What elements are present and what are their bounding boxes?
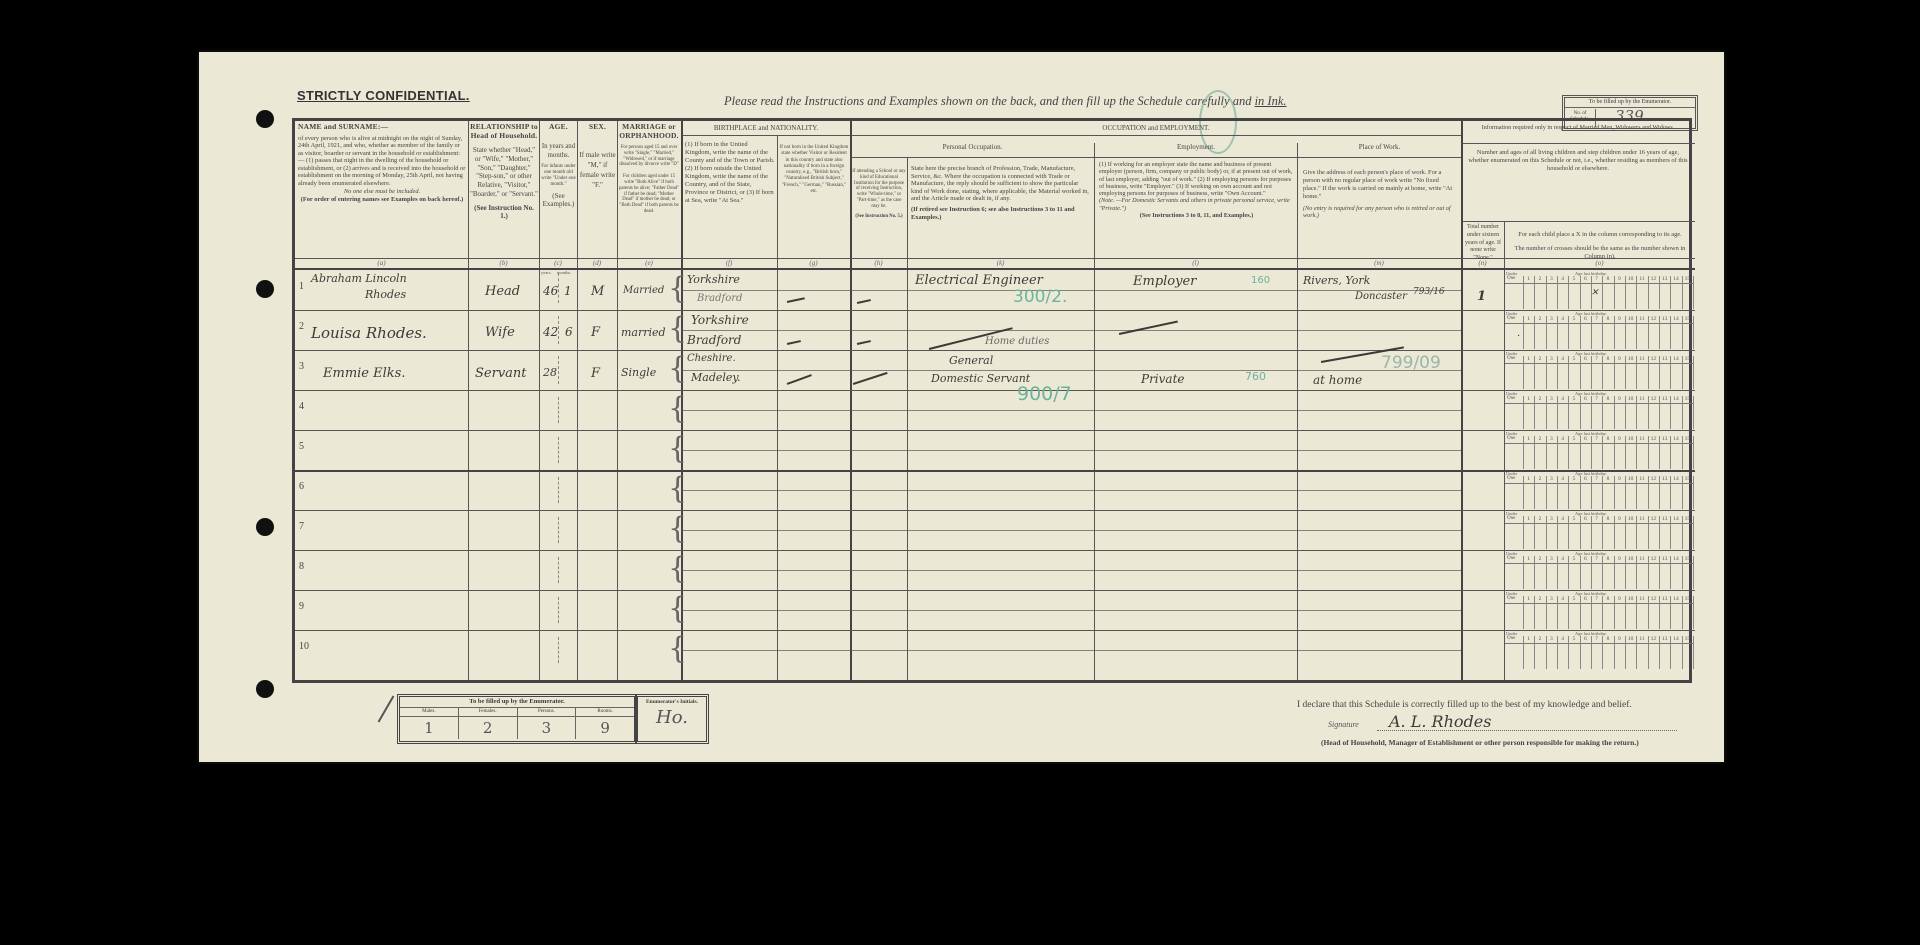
punch-hole (256, 280, 274, 298)
age-months-entry: 1 (564, 284, 572, 298)
row-number: 1 (299, 281, 304, 292)
age-grid: UnderAge last birthday.One12345678910111… (1505, 311, 1693, 349)
name-entry: Abraham Lincoln (311, 272, 407, 285)
place-of-work-code: 799/09 (1381, 353, 1441, 373)
birthplace-town-entry: Bradford (687, 333, 741, 347)
row-number: 3 (299, 361, 304, 372)
relationship-entry: Wife (485, 325, 515, 340)
occupation-entry: Electrical Engineer (915, 273, 1043, 288)
occupation-column-header: State here the precise branch of Profess… (911, 165, 1091, 221)
instructions-ink: in Ink. (1255, 94, 1287, 108)
nationality-column-header: If not born in the United Kingdom state … (779, 145, 849, 195)
school-column-header: If attending a School or any kind of Edu… (852, 169, 906, 221)
row-number: 8 (299, 561, 304, 572)
birthplace-county-entry: Cheshire. (687, 353, 736, 364)
employment-entry: Employer (1133, 274, 1196, 289)
row-number: 5 (299, 441, 304, 452)
name-entry: Emmie Elks. (323, 366, 405, 381)
instructions-text: Please read the Instructions and Example… (724, 94, 1255, 108)
relationship-entry: Servant (475, 366, 527, 381)
age-months-entry: 6 (565, 325, 573, 339)
punch-hole (256, 110, 274, 128)
total-children-header: Total number under sixteen years of age.… (1462, 224, 1504, 263)
enumerator-initials-box: Enumerator's Initials. Ho. (635, 694, 709, 744)
rooms-count: Rooms.9 (576, 708, 634, 739)
age-years-entry: 28 (543, 366, 557, 379)
row-number: 6 (299, 481, 304, 492)
persons-count: Persons.3 (518, 708, 577, 739)
males-count: Males.1 (400, 708, 459, 739)
birthplace-town-entry: Madeley. (691, 371, 741, 384)
employment-entry: Private (1141, 372, 1185, 386)
place-of-work-entry: Rivers, York (1303, 274, 1370, 287)
age-grid: UnderAge last birthday.One12345678910111… (1505, 351, 1693, 389)
enumerator-box-title: To be filled up by the Enumerator. (400, 697, 634, 708)
employment-code: 160 (1251, 275, 1270, 286)
place-of-work-town-entry: Doncaster (1355, 291, 1407, 302)
employment-code: 760 (1245, 370, 1266, 383)
signature: A. L. Rhodes (1389, 712, 1491, 731)
sex-entry: F (591, 325, 600, 340)
employment-column-header: (1) If working for an employer state the… (1099, 161, 1294, 221)
enumerator-initials: Ho. (638, 707, 706, 728)
birthplace-town-entry: Bradford (697, 293, 742, 304)
sex-column-header: SEX. If male write "M," if female write … (578, 123, 617, 190)
age-years-entry: 42 (543, 325, 558, 339)
child-age-cross: ✕ (1591, 288, 1599, 298)
employment-title: Employment. (1095, 143, 1297, 152)
household-schedule-table: NAME and SURNAME:— of every person who i… (292, 118, 1692, 683)
signature-label: Signature (1328, 720, 1359, 729)
punch-hole (256, 518, 274, 536)
sex-entry: F (591, 366, 600, 381)
birthplace-column-header: (1) If born in the United Kingdom, write… (685, 141, 775, 205)
sex-entry: M (591, 284, 604, 299)
age-grid: UnderAge last birthday.One12345678910111… (1505, 591, 1693, 629)
occupation-group-header: OCCUPATION and EMPLOYMENT. (851, 124, 1461, 133)
age-grid: UnderAge last birthday.One12345678910111… (1505, 551, 1693, 589)
name-column-header: NAME and SURNAME:— of every person who i… (298, 123, 466, 204)
total-children-entry: 1 (1477, 289, 1486, 304)
place-of-work-entry: at home (1313, 373, 1362, 387)
occupation-code: 300/2. (1013, 287, 1067, 307)
age-grid: UnderAge last birthday.One12345678910111… (1505, 391, 1693, 429)
age-grid: UnderAge last birthday.One12345678910111… (1505, 271, 1693, 309)
age-years-entry: 46 (543, 284, 558, 298)
marriage-column-header: MARRIAGE or ORPHANHOOD. For persons aged… (618, 123, 680, 215)
place-of-work-column-header: Give the address of each person's place … (1303, 169, 1457, 220)
occupation-code: 900/7 (1017, 383, 1072, 405)
children-group-header: Information required only in respect of … (1463, 124, 1693, 133)
place-of-work-code: 793/16 (1413, 287, 1445, 297)
relationship-entry: Head (485, 284, 520, 299)
age-grid: UnderAge last birthday.One12345678910111… (1505, 471, 1693, 509)
age-grid: UnderAge last birthday.One12345678910111… (1505, 511, 1693, 549)
marriage-entry: Single (621, 366, 656, 379)
birthplace-group-header: BIRTHPLACE and NATIONALITY. (682, 124, 850, 133)
marriage-entry: Married (623, 285, 664, 296)
relationship-column-header: RELATIONSHIP to Head of Household. State… (470, 123, 538, 221)
occupation-entry: Home duties (985, 336, 1049, 347)
surname-entry: Rhodes (365, 288, 406, 301)
row-number: 7 (299, 521, 304, 532)
occupation-entry-line2: Domestic Servant (931, 372, 1030, 385)
row-number: 9 (299, 601, 304, 612)
row-number: 2 (299, 321, 304, 332)
row-number: 10 (299, 641, 309, 652)
row-number: 4 (299, 401, 304, 412)
place-of-work-title: Place of Work. (1298, 143, 1461, 152)
children-ages-header: For each child place a X in the column c… (1507, 231, 1693, 261)
name-entry: Louisa Rhodes. (311, 324, 427, 342)
marriage-entry: married (621, 326, 666, 339)
children-intro: Number and ages of all living children a… (1467, 149, 1689, 172)
declaration-text: I declare that this Schedule is correctl… (1297, 700, 1632, 710)
confidential-heading: STRICTLY CONFIDENTIAL. (297, 88, 470, 103)
punch-hole (256, 680, 274, 698)
age-grid: UnderAge last birthday.One12345678910111… (1505, 431, 1693, 469)
enumerator-totals-box: To be filled up by the Enumerator. Males… (397, 694, 637, 744)
signature-caption: (Head of Household, Manager of Establish… (1321, 738, 1639, 747)
birthplace-county-entry: Yorkshire (691, 313, 749, 327)
females-count: Females.2 (459, 708, 518, 739)
birthplace-county-entry: Yorkshire (687, 273, 740, 286)
occupation-entry: General (949, 354, 993, 367)
age-column-header: AGE. In years and months. For infants un… (540, 123, 577, 209)
age-grid: UnderAge last birthday.One12345678910111… (1505, 631, 1693, 669)
census-schedule-page: STRICTLY CONFIDENTIAL. Please read the I… (199, 52, 1724, 762)
personal-occupation-title: Personal Occupation. (851, 143, 1094, 152)
